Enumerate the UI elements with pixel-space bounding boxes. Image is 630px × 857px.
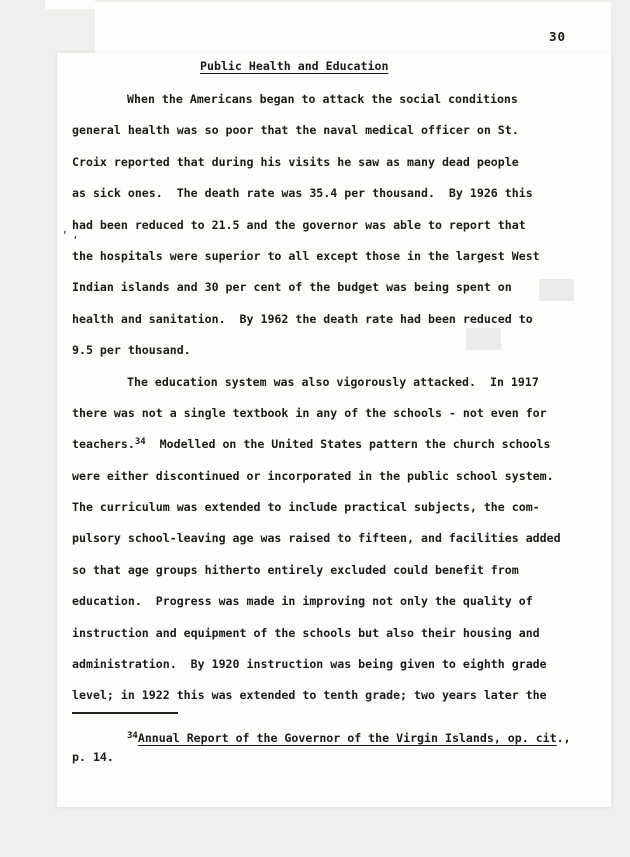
- text-line: administration. By 1920 instruction was …: [72, 649, 582, 680]
- text-segment: pulsory school-leaving age was raised to…: [72, 531, 561, 545]
- body-text: When the Americans began to attack the s…: [72, 84, 582, 712]
- text-line: the hospitals were superior to all excep…: [72, 241, 582, 272]
- text-segment: administration. By 1920 instruction was …: [72, 657, 547, 671]
- text-segment: p. 14.: [72, 750, 114, 764]
- text-segment: the hospitals were superior to all excep…: [72, 249, 540, 263]
- text-line: education. Progress was made in improvin…: [72, 586, 582, 617]
- text-line: health and sanitation. By 1962 the death…: [72, 304, 582, 335]
- footnote-reference-superscript: 34: [127, 731, 138, 741]
- footnote-separator-rule: [72, 712, 178, 714]
- text-segment: Croix reported that during his visits he…: [72, 155, 519, 169]
- text-segment: as sick ones. The death rate was 35.4 pe…: [72, 186, 533, 200]
- paper-sheet-top-edge: [95, 2, 611, 58]
- text-segment: Indian islands and 30 per cent of the bu…: [72, 280, 512, 294]
- text-line: 9.5 per thousand.: [72, 335, 582, 366]
- text-segment: so that age groups hitherto entirely exc…: [72, 563, 519, 577]
- text-line: Croix reported that during his visits he…: [72, 147, 582, 178]
- text-line: pulsory school-leaving age was raised to…: [72, 523, 582, 554]
- text-line: instruction and equipment of the schools…: [72, 618, 582, 649]
- text-segment: education. Progress was made in improvin…: [72, 594, 533, 608]
- footnote-reference-superscript: 34: [135, 437, 146, 447]
- text-line: Indian islands and 30 per cent of the bu…: [72, 272, 582, 303]
- text-line: level; in 1922 this was extended to tent…: [72, 680, 582, 711]
- text-line: When the Americans began to attack the s…: [72, 84, 582, 115]
- text-line: general health was so poor that the nava…: [72, 115, 582, 146]
- text-line: so that age groups hitherto entirely exc…: [72, 555, 582, 586]
- text-segment: The curriculum was extended to include p…: [72, 500, 540, 514]
- text-line: were either discontinued or incorporated…: [72, 461, 582, 492]
- text-segment: level; in 1922 this was extended to tent…: [72, 688, 547, 702]
- page-number: 30: [549, 29, 566, 44]
- scanned-document-page: { "document": { "page_number": "30", "he…: [0, 0, 630, 857]
- text-line: 34Annual Report of the Governor of the V…: [72, 729, 592, 748]
- text-segment: were either discontinued or incorporated…: [72, 469, 554, 483]
- text-line: The curriculum was extended to include p…: [72, 492, 582, 523]
- text-segment: 9.5 per thousand.: [72, 343, 191, 357]
- text-line: The education system was also vigorously…: [72, 367, 582, 398]
- underlined-citation: Annual Report of the Governor of the Vir…: [138, 731, 557, 745]
- text-segment: The education system was also vigorously…: [127, 375, 539, 389]
- text-segment: there was not a single textbook in any o…: [72, 406, 547, 420]
- text-line: as sick ones. The death rate was 35.4 pe…: [72, 178, 582, 209]
- text-segment: instruction and equipment of the schools…: [72, 626, 540, 640]
- text-segment: Modelled on the United States pattern th…: [146, 437, 551, 451]
- text-segment: When the Americans began to attack the s…: [127, 92, 518, 106]
- text-segment: .,: [557, 731, 571, 745]
- section-heading: Public Health and Education: [200, 59, 388, 73]
- text-line: teachers.34 Modelled on the United State…: [72, 429, 582, 460]
- text-segment: teachers.: [72, 437, 135, 451]
- text-segment: had been reduced to 21.5 and the governo…: [72, 218, 526, 232]
- text-line: had been reduced to 21.5 and the governo…: [72, 210, 582, 241]
- text-segment: health and sanitation. By 1962 the death…: [72, 312, 533, 326]
- text-segment: general health was so poor that the nava…: [72, 123, 519, 137]
- paper-sheet-corner-fragment: [45, 0, 95, 9]
- footnote-text: 34Annual Report of the Governor of the V…: [72, 729, 592, 766]
- text-line: p. 14.: [72, 748, 592, 767]
- text-line: there was not a single textbook in any o…: [72, 398, 582, 429]
